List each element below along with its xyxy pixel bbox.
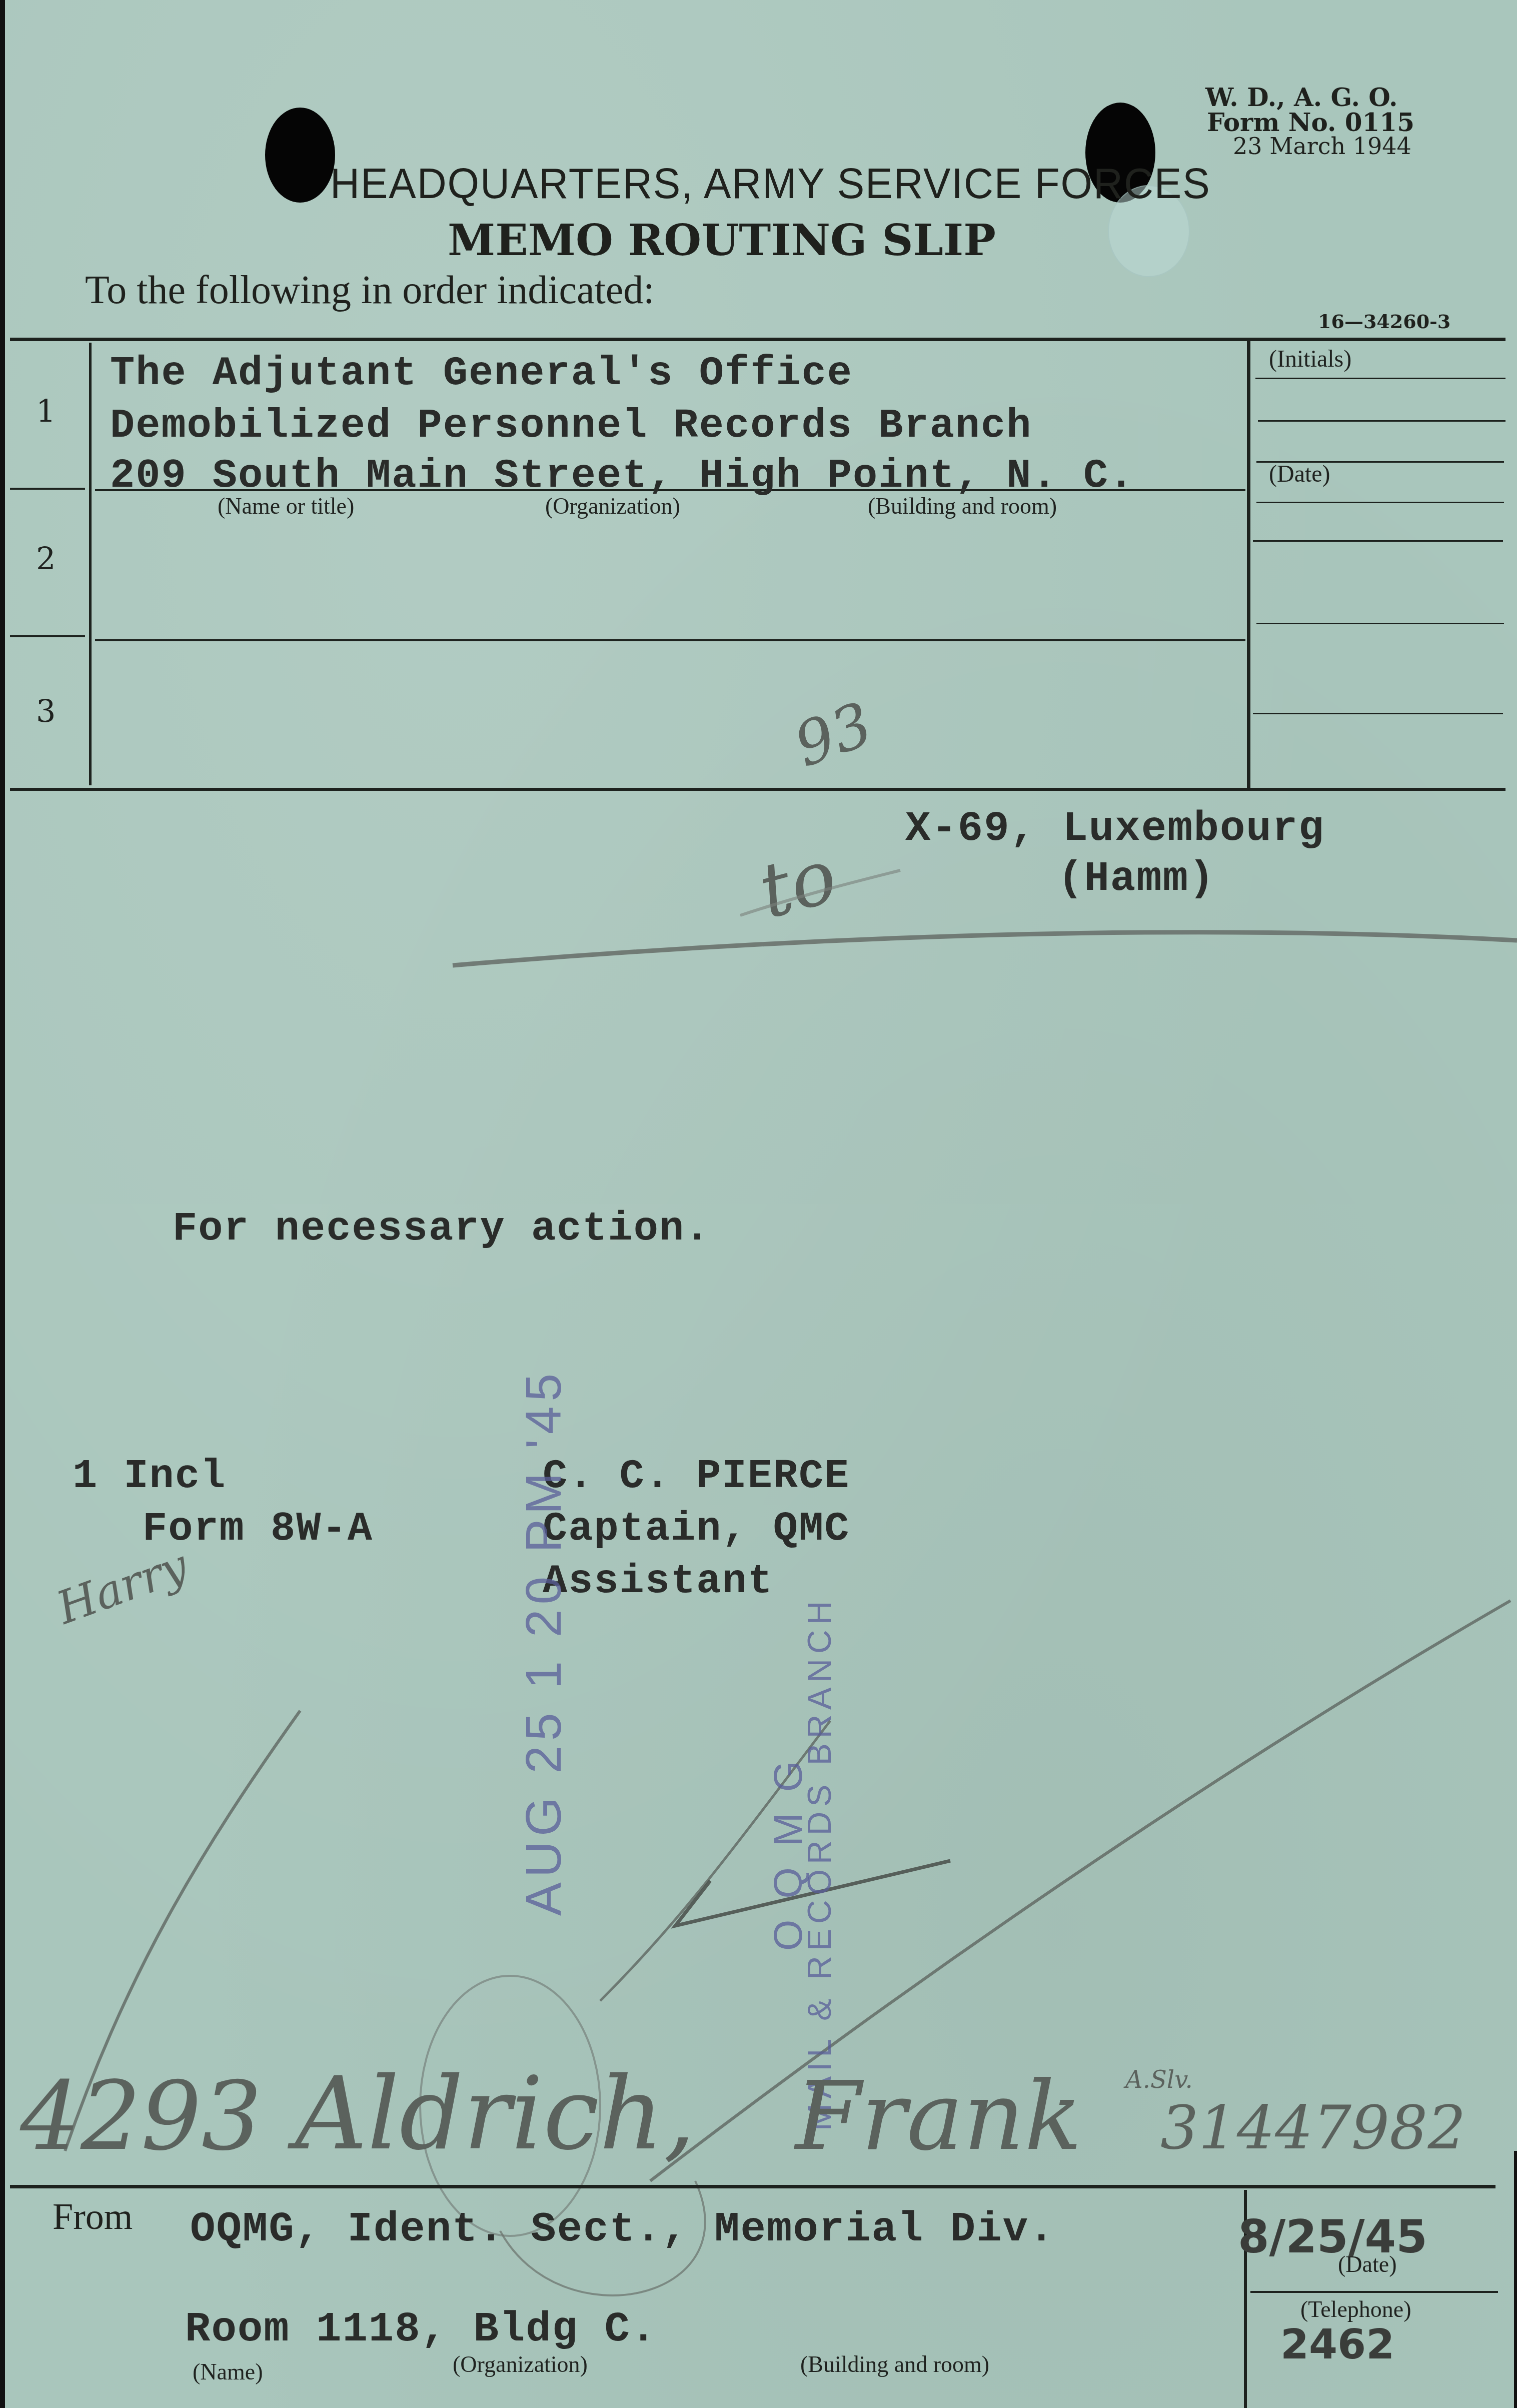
from-line1: OQMG, Ident. Sect., Memorial Div. [190, 2206, 1055, 2253]
record-surname: Aldrich, [295, 2056, 695, 2172]
signer-title: Assistant [543, 1558, 773, 1605]
record-serial: 31447982 [1160, 2093, 1466, 2163]
from-name-label: (Name) [193, 2358, 263, 2385]
from-line2: Room 1118, Bldg C. [185, 2306, 657, 2353]
from-building-label: (Building and room) [800, 2351, 989, 2377]
signer-rank: Captain, QMC [543, 1506, 850, 1552]
telephone-value: 2462 [1280, 2321, 1394, 2368]
from-date-label: (Date) [1338, 2251, 1396, 2277]
received-stamp-branch: MAIL & RECORDS BRANCH [800, 1596, 838, 2131]
signer-name: C. C. PIERCE [543, 1453, 850, 1500]
from-label: From [53, 2196, 133, 2238]
record-given-name: Frank [795, 2061, 1082, 2171]
pencil-underline-stroke [0, 0, 1517, 2408]
received-stamp-date: AUG 25 1 20 PM '45 [515, 1369, 573, 1916]
from-date-rule [1250, 2291, 1498, 2293]
record-branch: A.Slv. [1125, 2066, 1193, 2094]
record-number: 4293 [20, 2061, 262, 2171]
message-text: For necessary action. [173, 1206, 710, 1252]
from-organization-label: (Organization) [453, 2351, 588, 2377]
enclosure-line1: 1 Incl [73, 1453, 226, 1500]
telephone-label: (Telephone) [1300, 2296, 1411, 2322]
from-date-value: 8/25/45 [1238, 2211, 1427, 2263]
from-top-rule [10, 2185, 1495, 2188]
